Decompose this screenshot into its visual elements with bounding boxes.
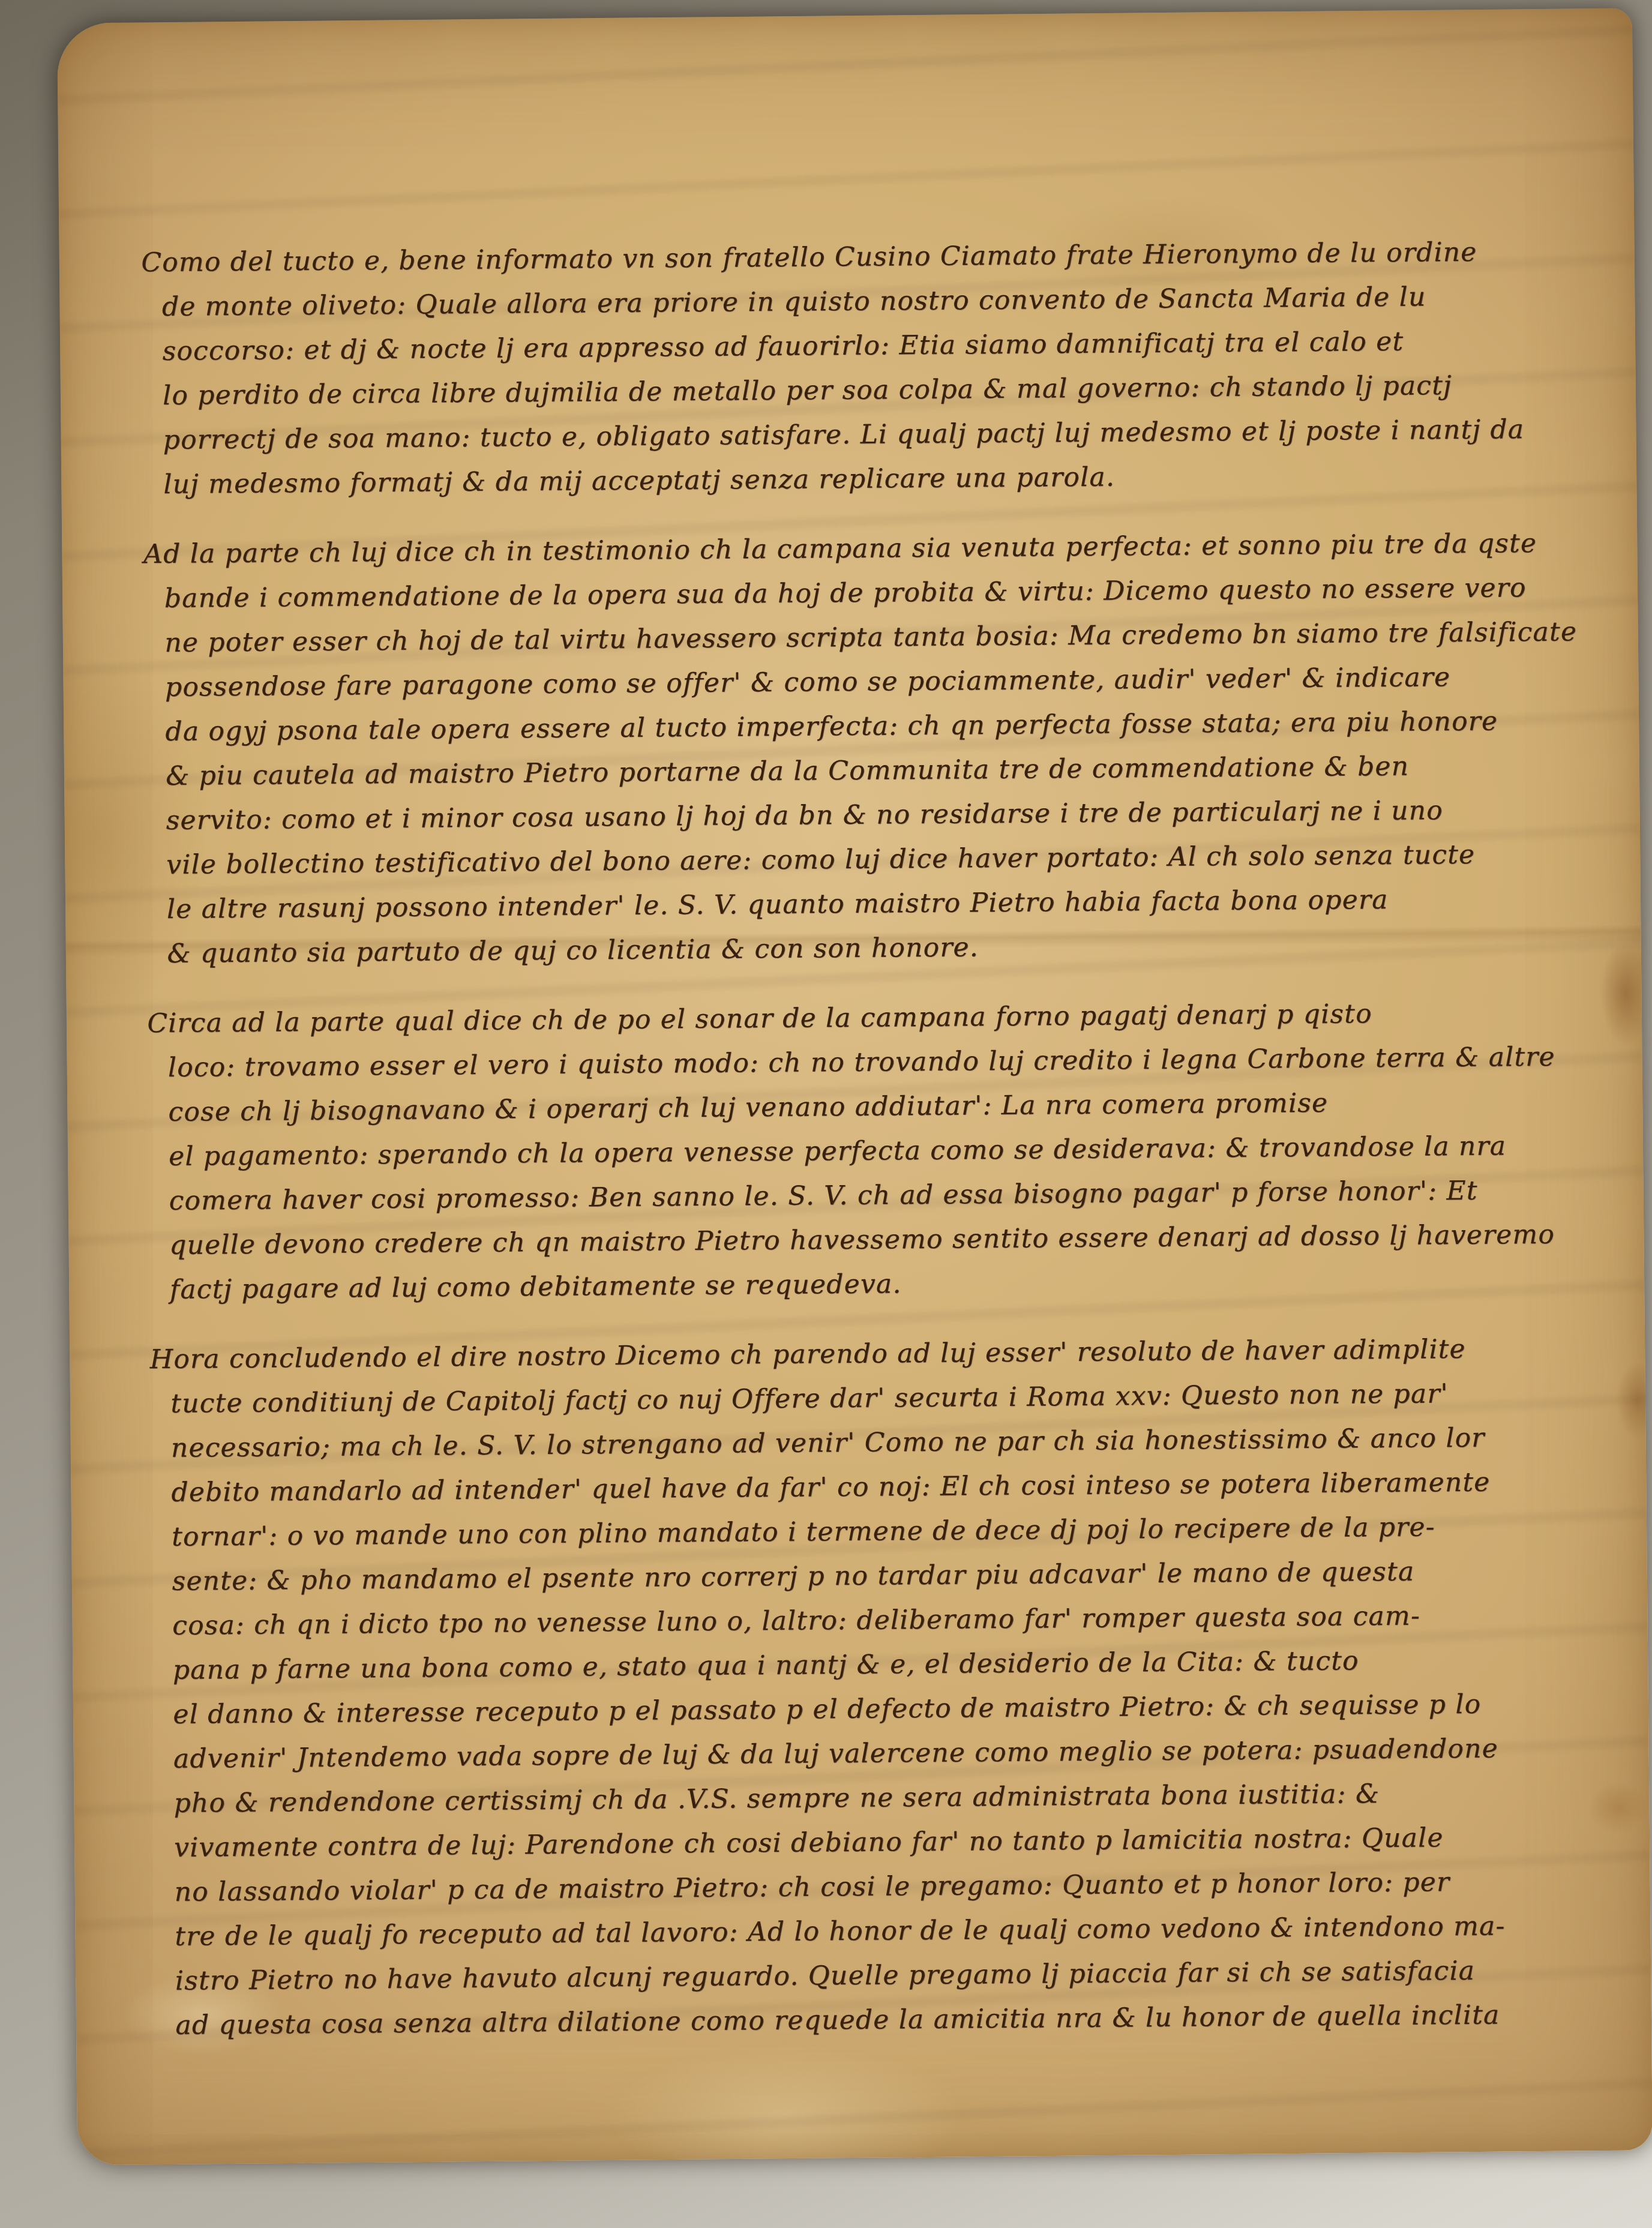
manuscript-text-block: Como del tucto e, bene informato vn son … [161,229,1628,2073]
manuscript-paper-sheet: Como del tucto e, bene informato vn son … [57,8,1652,2165]
manuscript-paragraph-1: Como del tucto e, bene informato vn son … [161,229,1615,507]
manuscript-paragraph-3: Circa ad la parte qual dice ch de po el … [167,990,1622,1312]
manuscript-paragraph-4: Hora concludendo el dire nostro Dicemo c… [170,1326,1627,2048]
manuscript-paragraph-2: Ad la parte ch luj dice ch in testimonio… [164,521,1620,976]
photo-backdrop: Como del tucto e, bene informato vn son … [0,0,1652,2228]
